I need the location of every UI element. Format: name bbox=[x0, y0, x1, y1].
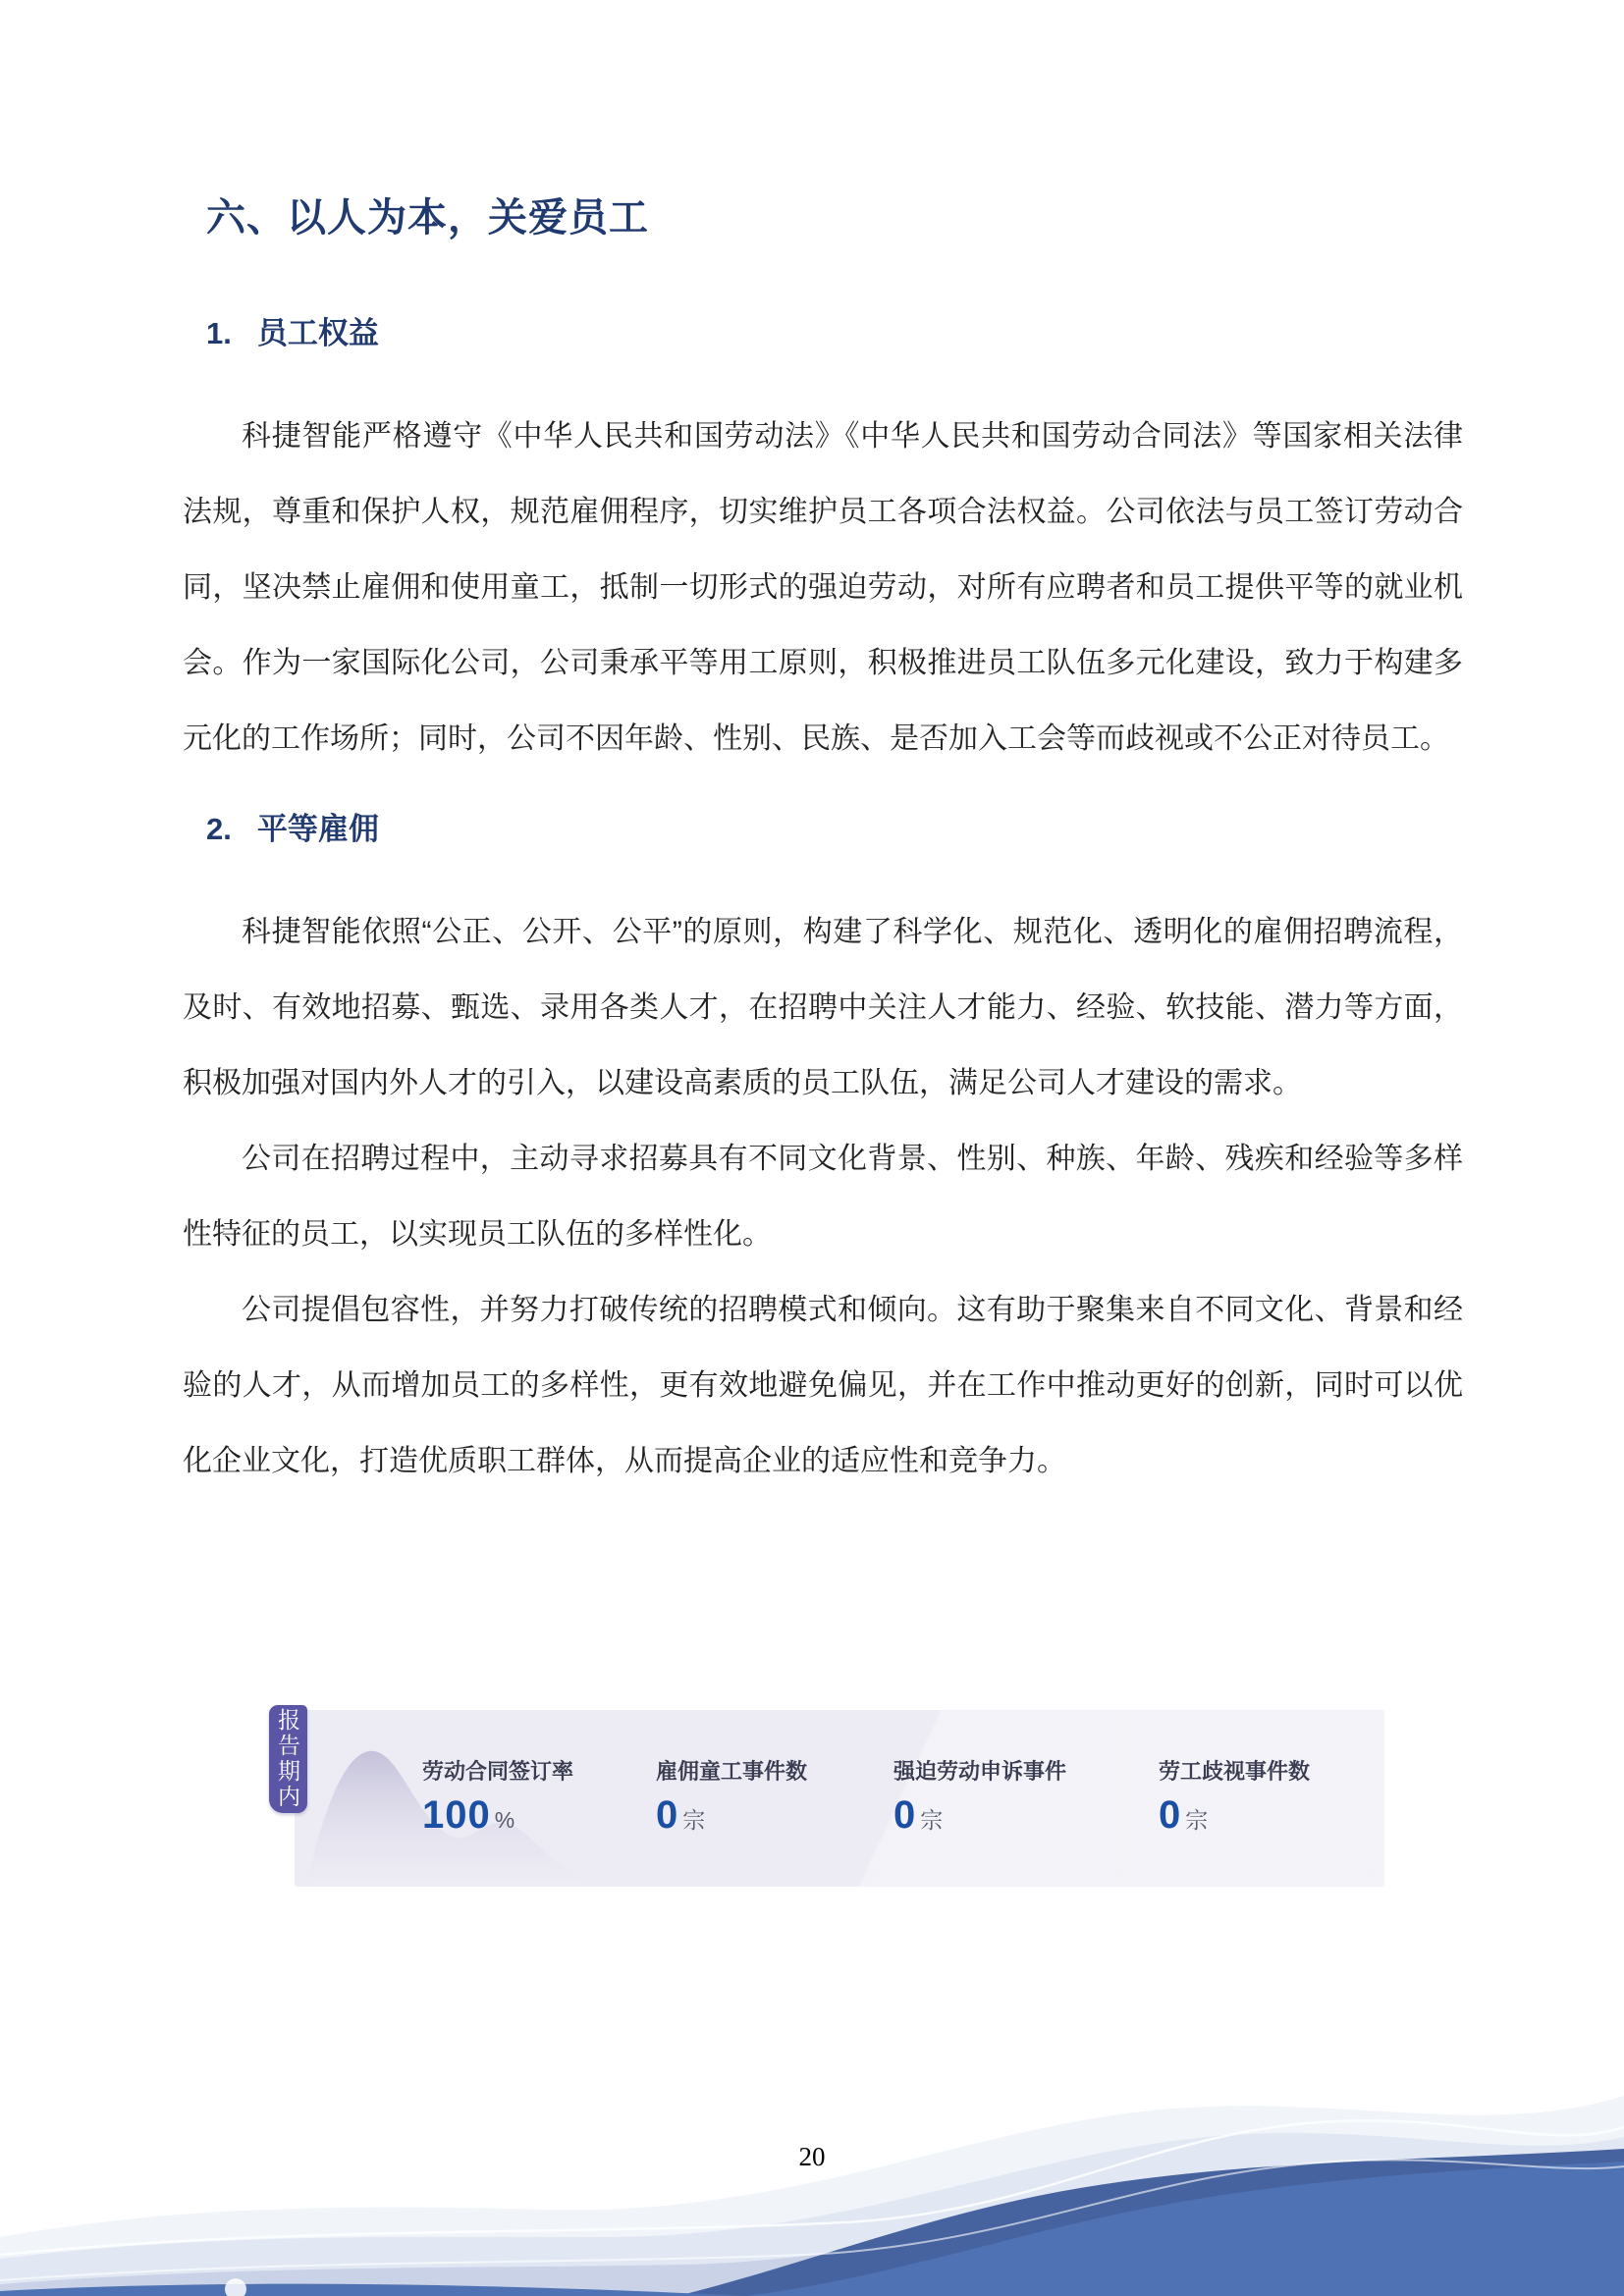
paragraph-diversity-recruiting: 公司在招聘过程中，主动寻求招募具有不同文化背景、性别、种族、年龄、残疾和经验等多… bbox=[183, 1121, 1463, 1272]
section-number: 2. bbox=[206, 810, 232, 849]
metric-label: 劳工歧视事件数 bbox=[1159, 1757, 1310, 1787]
metric-label: 强迫劳动申诉事件 bbox=[893, 1757, 1066, 1787]
metric-value-row: 0宗 bbox=[1159, 1793, 1310, 1838]
paragraph-inclusiveness: 公司提倡包容性，并努力打破传统的招聘模式和倾向。这有助于聚集来自不同文化、背景和… bbox=[183, 1272, 1463, 1499]
metric-labor-contract-rate: 劳动合同签订率 100% bbox=[422, 1757, 573, 1838]
metric-label: 雇佣童工事件数 bbox=[656, 1757, 807, 1787]
report-period-stats-card: 报告期内 劳动合同签订率 100% 雇佣童工事件数 0宗 强迫劳动申诉事件 0宗… bbox=[295, 1710, 1384, 1887]
metric-child-labor-incidents: 雇佣童工事件数 0宗 bbox=[656, 1757, 807, 1838]
metric-unit: 宗 bbox=[1185, 1807, 1208, 1833]
report-page: 六、以人为本，关爱员工 1.员工权益 科捷智能严格遵守《中华人民共和国劳动法》《… bbox=[0, 0, 1624, 2296]
metric-value-row: 0宗 bbox=[893, 1793, 1066, 1838]
page-number: 20 bbox=[0, 2142, 1624, 2172]
section-heading-label: 平等雇佣 bbox=[257, 812, 379, 846]
metric-value-row: 100% bbox=[422, 1793, 573, 1838]
paragraph-recruitment-process: 科捷智能依照“公正、公开、公平”的原则，构建了科学化、规范化、透明化的雇佣招聘流… bbox=[183, 894, 1463, 1121]
metric-unit: 宗 bbox=[920, 1807, 943, 1833]
section-number: 1. bbox=[206, 314, 232, 353]
metric-value: 0 bbox=[893, 1793, 916, 1837]
metric-unit: 宗 bbox=[682, 1807, 705, 1833]
metric-value: 100 bbox=[422, 1793, 491, 1837]
metric-value-row: 0宗 bbox=[656, 1793, 807, 1838]
section-heading-employee-rights: 1.员工权益 bbox=[183, 314, 1463, 353]
section-heading-equal-employment: 2.平等雇佣 bbox=[183, 810, 1463, 849]
metric-value: 0 bbox=[1159, 1793, 1181, 1837]
section-heading-label: 员工权益 bbox=[257, 316, 379, 350]
metric-forced-labor-complaints: 强迫劳动申诉事件 0宗 bbox=[893, 1757, 1066, 1838]
paragraph-employee-rights: 科捷智能严格遵守《中华人民共和国劳动法》《中华人民共和国劳动合同法》等国家相关法… bbox=[183, 399, 1463, 776]
metric-discrimination-incidents: 劳工歧视事件数 0宗 bbox=[1159, 1757, 1310, 1838]
metric-label: 劳动合同签订率 bbox=[422, 1757, 573, 1787]
page-content: 六、以人为本，关爱员工 1.员工权益 科捷智能严格遵守《中华人民共和国劳动法》《… bbox=[183, 0, 1463, 1499]
metric-unit: % bbox=[495, 1807, 514, 1833]
metric-value: 0 bbox=[656, 1793, 678, 1837]
page-title: 六、以人为本，关爱员工 bbox=[183, 192, 1463, 243]
